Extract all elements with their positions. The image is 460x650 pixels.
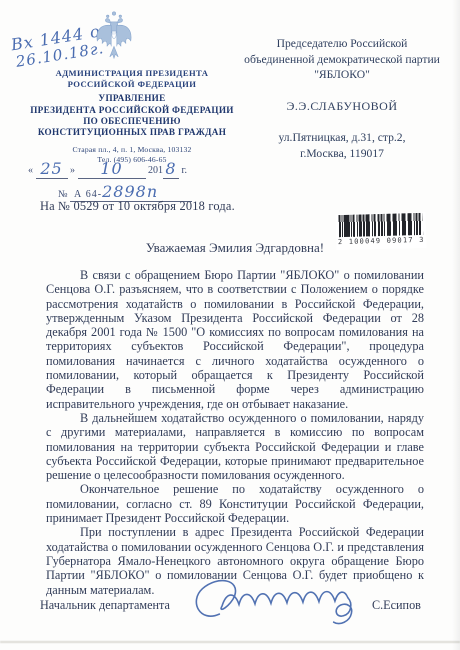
- body-paragraph-1: В связи с обращением Бюро Партии "ЯБЛОКО…: [46, 268, 424, 411]
- recipient-title-line1: Председателю Российской: [232, 36, 452, 52]
- dept-name-line1: УПРАВЛЕНИЕ: [8, 93, 256, 104]
- recipient-title-line2: объединенной демократической партии: [232, 52, 452, 68]
- quote-close: »: [70, 165, 75, 176]
- date-line: « 25 » 10 2018 г.: [28, 158, 238, 178]
- org-name-line2: РОССИЙСКОЙ ФЕДЕРАЦИИ: [8, 79, 256, 90]
- recipient-party-name: "ЯБЛОКО": [232, 67, 452, 83]
- handwritten-month: 10: [100, 159, 122, 178]
- recipient-person-name: Э.Э.СЛАБУНОВОЙ: [232, 99, 452, 114]
- handwritten-year-digit: 8: [165, 159, 176, 178]
- reference-line: На № 0529 от 10 октября 2018 года.: [40, 199, 235, 214]
- letterhead-address: Старая пл., 4, п. 1, Москва, 103132: [8, 145, 256, 155]
- handwritten-signature: [185, 570, 375, 638]
- body-paragraph-3: Окончательное решение по ходатайству осу…: [46, 482, 424, 525]
- quote-open: «: [28, 165, 33, 176]
- scan-edge-shade: [452, 0, 460, 650]
- letter-body: Уважаемая Эмилия Эдгардовна! В связи с о…: [46, 240, 424, 597]
- recipient-address-line2: г.Москва, 119017: [232, 146, 452, 162]
- signer-title: Начальник департамента: [40, 598, 170, 613]
- signer-name: С.Есипов: [372, 598, 421, 613]
- body-paragraph-2: В дальнейшем ходатайство осужденного о п…: [46, 411, 424, 482]
- scan-edge-line: [0, 641, 460, 643]
- barcode-bars: [339, 213, 424, 237]
- org-name-line1: АДМИНИСТРАЦИЯ ПРЕЗИДЕНТА: [8, 68, 256, 79]
- handwritten-day: 25: [40, 159, 62, 178]
- recipient-address-line1: ул.Пятницкая, д.31, стр.2,: [232, 130, 452, 146]
- year-printed: 201: [148, 165, 163, 176]
- russian-coat-of-arms-icon: [93, 10, 135, 66]
- dept-name-line2: ПРЕЗИДЕНТА РОССИЙСКОЙ ФЕДЕРАЦИИ: [8, 105, 256, 116]
- recipient-block: Председателю Российской объединенной дем…: [232, 36, 452, 161]
- scanned-letter-page: Вх 1444 от 26.10.18г. АДМИНИСТРАЦИЯ ПРЕЗ…: [0, 0, 460, 650]
- year-suffix: г.: [182, 165, 187, 176]
- salutation: Уважаемая Эмилия Эдгардовна!: [46, 240, 424, 256]
- dept-name-line4: КОНСТИТУЦИОННЫХ ПРАВ ГРАЖДАН: [8, 127, 256, 138]
- dept-name-line3: ПО ОБЕСПЕЧЕНИЮ: [8, 116, 256, 127]
- letterhead: АДМИНИСТРАЦИЯ ПРЕЗИДЕНТА РОССИЙСКОЙ ФЕДЕ…: [8, 68, 256, 165]
